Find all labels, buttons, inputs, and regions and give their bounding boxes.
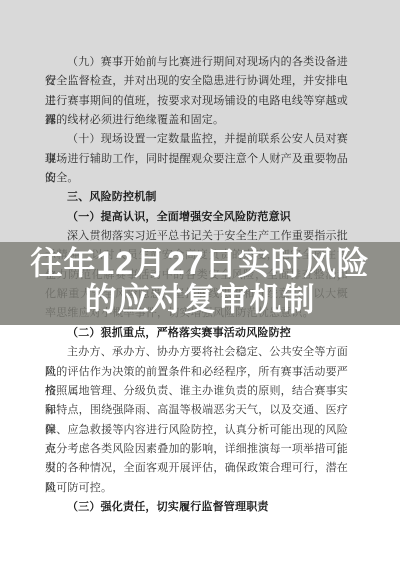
- body-text-line: 险可防可控。: [45, 479, 348, 498]
- body-text-line: 充分考虑各类风险因素叠加的影响，详细推演每一项举措可能引: [45, 440, 348, 459]
- body-text-line: 按照属地管理、分级负责、谁主办谁负责的原则，结合赛事实际: [45, 382, 348, 401]
- banner-title-line1: 往年12月27日实时风险: [30, 245, 369, 281]
- body-text-line: 主办方、承办方、协办方要将社会稳定、公共安全等方面风: [45, 343, 348, 362]
- section-heading-line: （二）狠抓重点，严格落实赛事活动风险防控: [45, 324, 348, 343]
- document-page: （九）赛事开始前与比赛进行期间对现场内的各类设备进行安全监督检查，并对出现的安全…: [0, 0, 400, 565]
- body-text-line: 险的评估作为决策的前置条件和必经程序，所有赛事活动要严格: [45, 363, 348, 382]
- body-text-line: 发的各种情况，全面客观开展评估，确保政策合理可行，潜在风: [45, 459, 348, 478]
- banner-title-line2: 的应对复审机制: [84, 281, 315, 317]
- body-text-line: 障、应急救援等内容进行风险防控，认真分析可能出现的风险点，: [45, 421, 348, 440]
- section-heading-line: （三）强化责任，切实履行监督管理职责: [45, 498, 348, 517]
- body-text-line: 和特点，围绕强降雨、高温等极端恶劣天气，以及交通、医疗保: [45, 401, 348, 420]
- title-banner: 往年12月27日实时风险 的应对复审机制: [0, 242, 400, 325]
